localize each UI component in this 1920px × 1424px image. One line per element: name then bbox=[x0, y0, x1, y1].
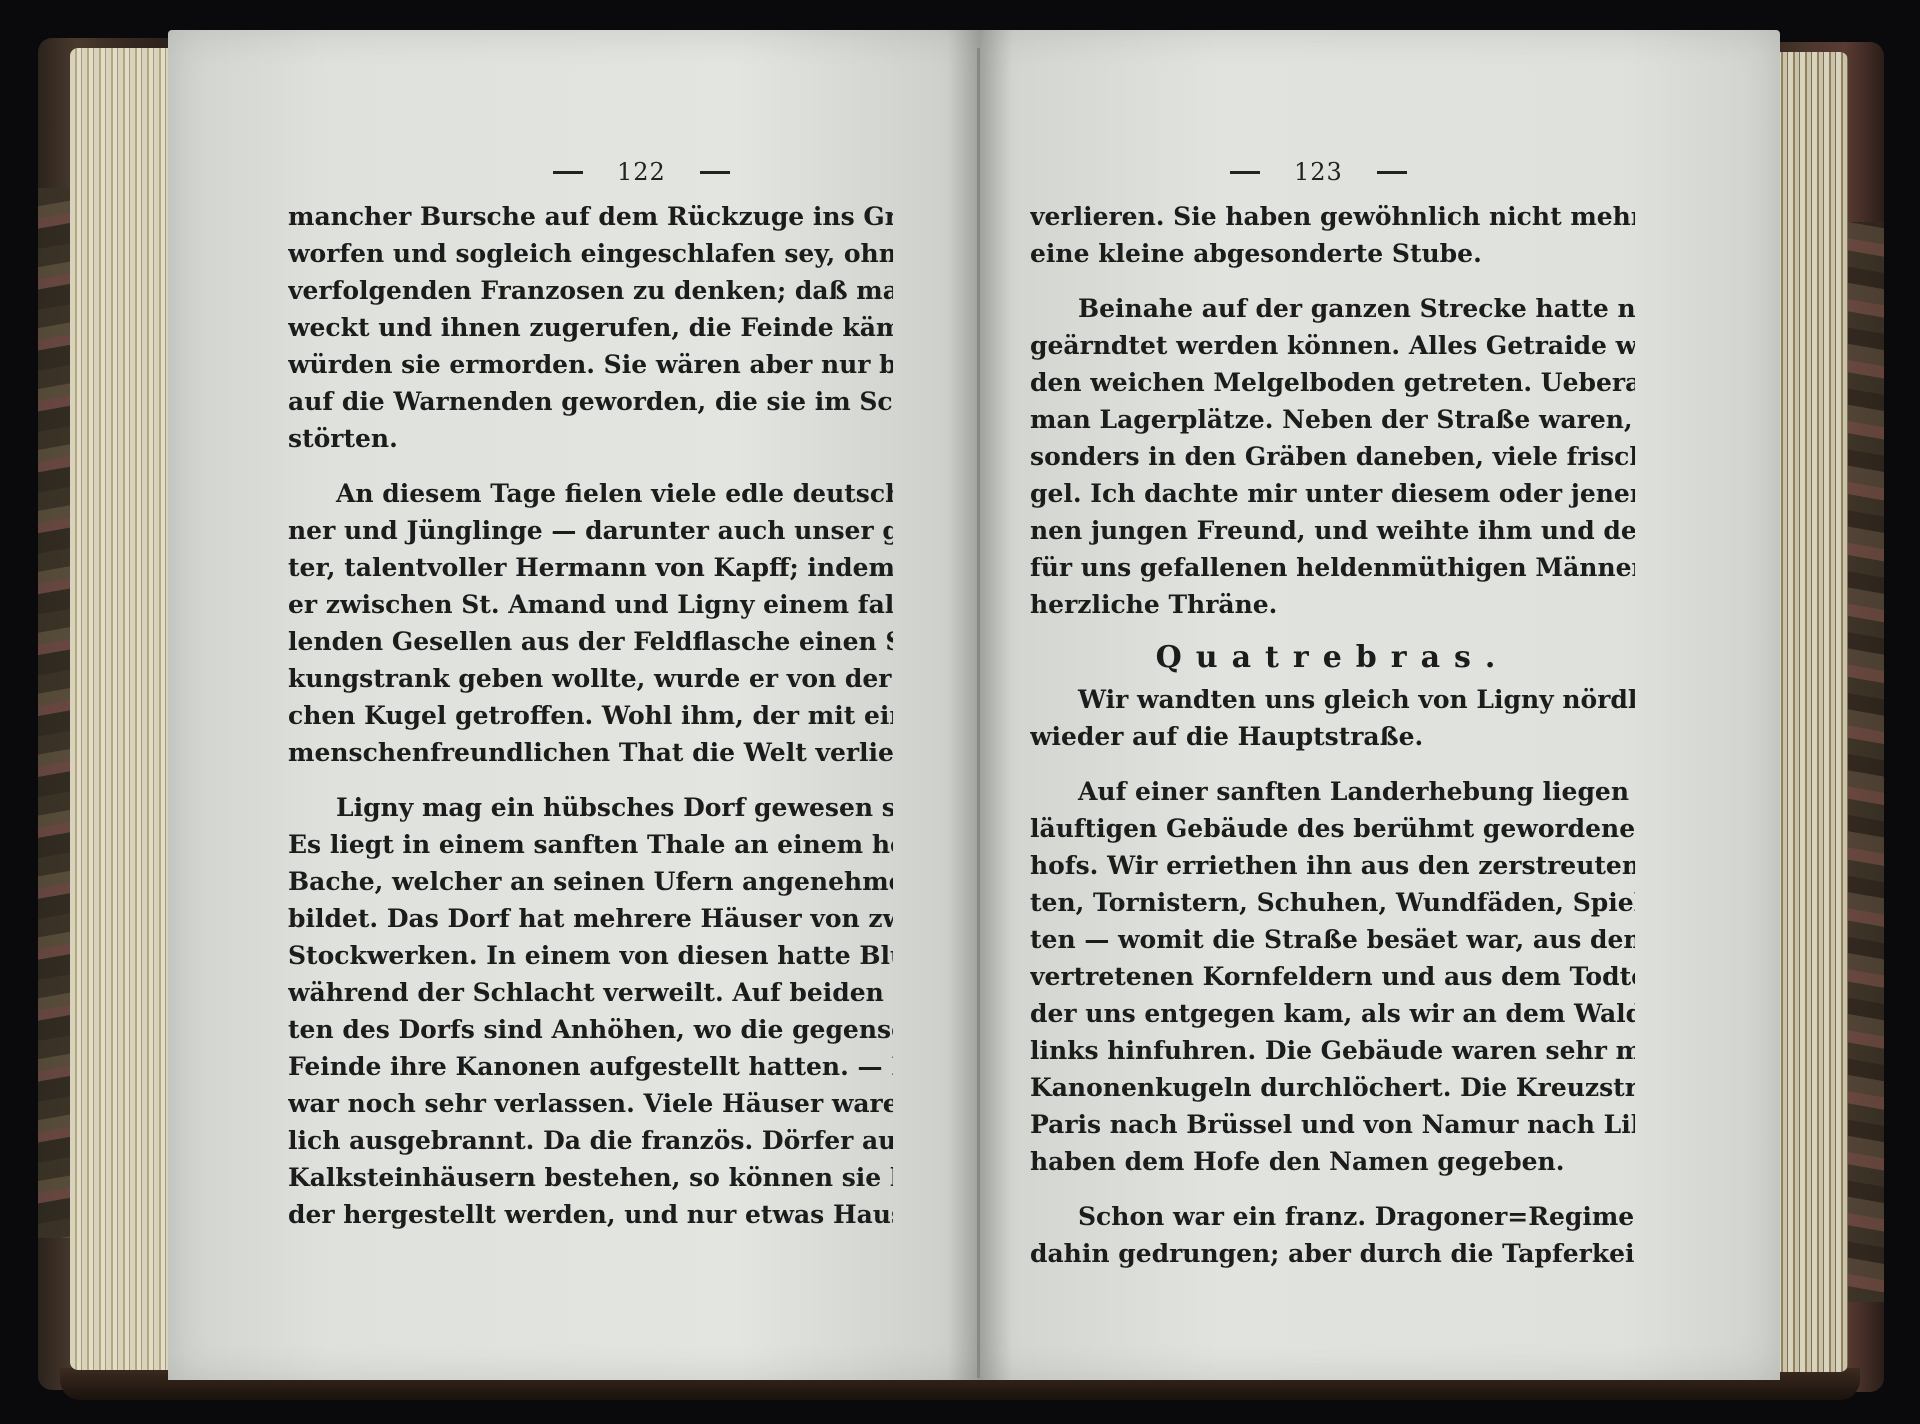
text-line: der uns entgegen kam, als wir an dem Wal… bbox=[1030, 995, 1635, 1032]
paragraph: Schon war ein franz. Dragoner=Regiment b… bbox=[1030, 1198, 1635, 1272]
text-line: hofs. Wir erriethen ihn aus den zerstreu… bbox=[1030, 847, 1635, 884]
paragraph: Wir wandten uns gleich von Ligny nördlic… bbox=[1030, 681, 1635, 755]
page-number-dash bbox=[1230, 171, 1260, 174]
text-line: haben dem Hofe den Namen gegeben. bbox=[1030, 1143, 1635, 1180]
paragraph-gap bbox=[288, 771, 893, 789]
text-line: würden sie ermorden. Sie wären aber nur … bbox=[288, 346, 893, 383]
text-line: sonders in den Gräben daneben, viele fri… bbox=[1030, 438, 1635, 475]
text-line: während der Schlacht verweilt. Auf beide… bbox=[288, 974, 893, 1011]
text-line: Auf einer sanften Landerhebung liegen di… bbox=[1030, 773, 1635, 810]
text-line: Kanonenkugeln durchlöchert. Die Kreuzstr… bbox=[1030, 1069, 1635, 1106]
text-line: bildet. Das Dorf hat mehrere Häuser von … bbox=[288, 900, 893, 937]
text-line: nen jungen Freund, und weihte ihm und de… bbox=[1030, 512, 1635, 549]
paragraph: Beinahe auf der ganzen Strecke hatte nic… bbox=[1030, 290, 1635, 623]
text-line: menschenfreundlichen That die Welt verli… bbox=[288, 734, 893, 771]
text-line: lenden Gesellen aus der Feldflasche eine… bbox=[288, 623, 893, 660]
text-line: Bache, welcher an seinen Ufern angenehme… bbox=[288, 863, 893, 900]
text-line: kungstrank geben wollte, wurde er von de… bbox=[288, 660, 893, 697]
paragraph: verlieren. Sie haben gewöhnlich nicht me… bbox=[1030, 198, 1635, 272]
text-line: wieder auf die Hauptstraße. bbox=[1030, 718, 1635, 755]
page-number-dash bbox=[700, 171, 730, 174]
paragraph-gap bbox=[288, 457, 893, 475]
text-line: gel. Ich dachte mir unter diesem oder je… bbox=[1030, 475, 1635, 512]
text-line: Paris nach Brüssel und von Namur nach Li… bbox=[1030, 1106, 1635, 1143]
text-line: Beinahe auf der ganzen Strecke hatte nic… bbox=[1030, 290, 1635, 327]
text-line: Ligny mag ein hübsches Dorf gewesen seyn… bbox=[288, 789, 893, 826]
left-page: 122 mancher Bursche auf dem Rückzuge ins… bbox=[168, 30, 980, 1380]
text-line: er zwischen St. Amand und Ligny einem fa… bbox=[288, 586, 893, 623]
open-book: 122 mancher Bursche auf dem Rückzuge ins… bbox=[0, 0, 1920, 1424]
text-line: mancher Bursche auf dem Rückzuge ins Gra… bbox=[288, 198, 893, 235]
right-page: 123 verlieren. Sie haben gewöhnlich nich… bbox=[980, 30, 1780, 1380]
text-line: war noch sehr verlassen. Viele Häuser wa… bbox=[288, 1085, 893, 1122]
text-line: man Lagerplätze. Neben der Straße waren,… bbox=[1030, 401, 1635, 438]
text-line: dahin gedrungen; aber durch die Tapferke… bbox=[1030, 1235, 1635, 1272]
left-page-text: mancher Bursche auf dem Rückzuge ins Gra… bbox=[288, 198, 893, 1233]
text-line: weckt und ihnen zugerufen, die Feinde kä… bbox=[288, 309, 893, 346]
right-page-text: verlieren. Sie haben gewöhnlich nicht me… bbox=[1030, 198, 1635, 1272]
text-line: Kalksteinhäusern bestehen, so können sie… bbox=[288, 1159, 893, 1196]
text-line: der hergestellt werden, und nur etwas Ha… bbox=[288, 1196, 893, 1233]
text-line: herzliche Thräne. bbox=[1030, 586, 1635, 623]
text-line: verfolgenden Franzosen zu denken; daß ma… bbox=[288, 272, 893, 309]
text-line: ner und Jünglinge — darunter auch unser … bbox=[288, 512, 893, 549]
page-number-left: 122 bbox=[553, 158, 730, 186]
text-line: läuftigen Gebäude des berühmt gewordenen… bbox=[1030, 810, 1635, 847]
text-line: links hinfuhren. Die Gebäude waren sehr … bbox=[1030, 1032, 1635, 1069]
text-line: worfen und sogleich eingeschlafen sey, o… bbox=[288, 235, 893, 272]
page-number-dash bbox=[1377, 171, 1407, 174]
text-line: eine kleine abgesonderte Stube. bbox=[1030, 235, 1635, 272]
text-line: ten — womit die Straße besäet war, aus d… bbox=[1030, 921, 1635, 958]
paragraph: An diesem Tage fielen viele edle deutsch… bbox=[288, 475, 893, 771]
text-line: Stockwerken. In einem von diesen hatte B… bbox=[288, 937, 893, 974]
text-line: für uns gefallenen heldenmüthigen Männer… bbox=[1030, 549, 1635, 586]
paragraph-gap bbox=[1030, 1180, 1635, 1198]
paragraph: Auf einer sanften Landerhebung liegen di… bbox=[1030, 773, 1635, 1180]
text-line: Wir wandten uns gleich von Ligny nördlic… bbox=[1030, 681, 1635, 718]
text-line: Es liegt in einem sanften Thale an einem… bbox=[288, 826, 893, 863]
text-line: geärndtet werden können. Alles Getraide … bbox=[1030, 327, 1635, 364]
text-line: lich ausgebrannt. Da die französ. Dörfer… bbox=[288, 1122, 893, 1159]
text-line: ter, talentvoller Hermann von Kapff; ind… bbox=[288, 549, 893, 586]
text-line: Schon war ein franz. Dragoner=Regiment b… bbox=[1030, 1198, 1635, 1235]
text-line: ten, Tornistern, Schuhen, Wundfäden, Spi… bbox=[1030, 884, 1635, 921]
paragraph-gap bbox=[1030, 755, 1635, 773]
section-heading: Quatrebras. bbox=[1030, 635, 1635, 681]
text-line: vertretenen Kornfeldern und aus dem Todt… bbox=[1030, 958, 1635, 995]
page-number-dash bbox=[553, 171, 583, 174]
text-line: Feinde ihre Kanonen aufgestellt hatten. … bbox=[288, 1048, 893, 1085]
text-line: An diesem Tage fielen viele edle deutsch… bbox=[288, 475, 893, 512]
paragraph: mancher Bursche auf dem Rückzuge ins Gra… bbox=[288, 198, 893, 457]
text-line: ten des Dorfs sind Anhöhen, wo die gegen… bbox=[288, 1011, 893, 1048]
page-number-text: 123 bbox=[1294, 158, 1343, 186]
text-line: verlieren. Sie haben gewöhnlich nicht me… bbox=[1030, 198, 1635, 235]
paragraph-gap bbox=[1030, 272, 1635, 290]
text-line: den weichen Melgelboden getreten. Uebera… bbox=[1030, 364, 1635, 401]
paragraph: Ligny mag ein hübsches Dorf gewesen seyn… bbox=[288, 789, 893, 1233]
text-line: chen Kugel getroffen. Wohl ihm, der mit … bbox=[288, 697, 893, 734]
text-line: auf die Warnenden geworden, die sie im S… bbox=[288, 383, 893, 420]
text-line: störten. bbox=[288, 420, 893, 457]
page-number-right: 123 bbox=[1230, 158, 1407, 186]
page-number-text: 122 bbox=[617, 158, 666, 186]
